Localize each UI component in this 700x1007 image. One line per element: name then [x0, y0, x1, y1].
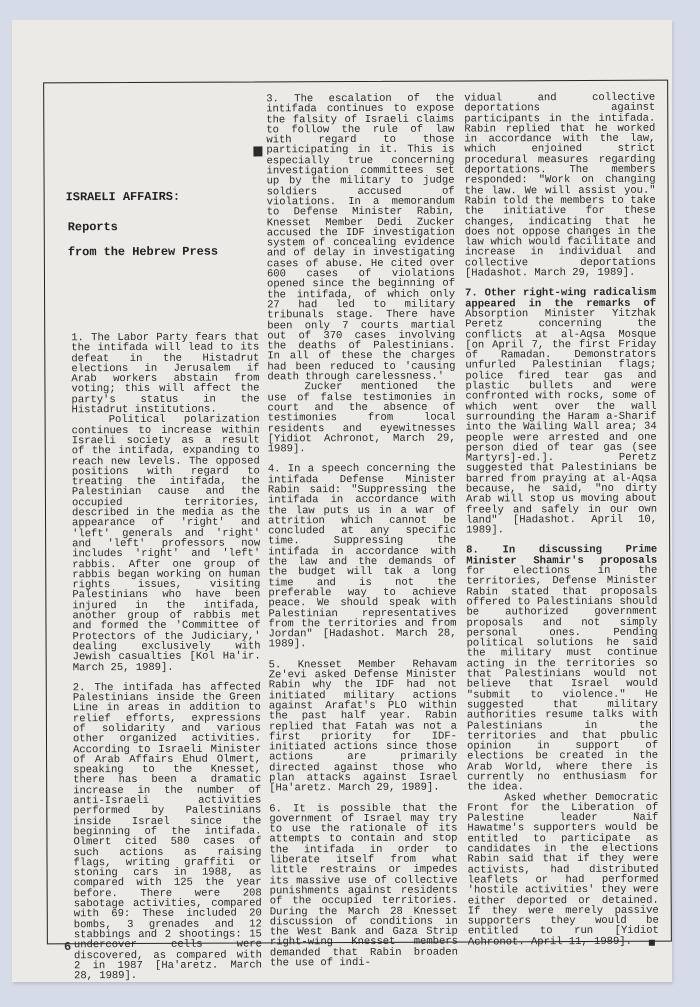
article-paragraph-8-continued: Asked whether Democratic Front for the L…	[467, 792, 659, 947]
column-left: ISRAELI AFFAIRS: Reports from the Hebrew…	[70, 94, 262, 991]
black-square-icon	[253, 146, 262, 156]
article-paragraph-1-continued: Political polarization continues to incr…	[72, 415, 261, 673]
paragraph-7-body: Absorption Minister Yitzhak Peretz conce…	[465, 308, 657, 537]
end-of-article-square-icon	[649, 939, 655, 945]
column-middle: 3. The escalation of the intifada contin…	[266, 94, 458, 979]
article-paragraph-3: 3. The escalation of the intifada contin…	[266, 94, 455, 383]
section-subtitle-line2: from the Hebrew Press	[68, 247, 218, 258]
section-title: ISRAELI AFFAIRS:	[66, 192, 180, 203]
paragraph-7-lead: 7. Other right-wing radicalism appeared …	[465, 287, 656, 310]
page-number: 6	[64, 940, 71, 954]
magazine-page: ISRAELI AFFAIRS: Reports from the Hebrew…	[12, 20, 672, 982]
article-paragraph-6-continued: vidual and collective deportations again…	[464, 93, 656, 279]
article-frame: ISRAELI AFFAIRS: Reports from the Hebrew…	[43, 80, 672, 945]
article-paragraph-5: 5. Knesset Member Rehavam Ze'evi asked D…	[269, 659, 458, 794]
column-right: vidual and collective deportations again…	[464, 93, 659, 958]
section-subtitle-line1: Reports	[68, 222, 118, 233]
section-heading-block: ISRAELI AFFAIRS: Reports from the Hebrew…	[70, 94, 259, 333]
article-paragraph-1: 1. The Labor Party fears that the intifa…	[71, 332, 259, 415]
paragraph-8-body: for elections in the territories, Defens…	[466, 565, 658, 794]
article-paragraph-2: 2. The intifada has affected Palestinian…	[73, 682, 262, 981]
article-paragraph-4: 4. In a speech concerning the intifada D…	[268, 464, 457, 650]
article-paragraph-6: 6. It is possible that the government of…	[269, 803, 458, 969]
article-paragraph-3-continued: Zucker mentioned the use of false testim…	[267, 382, 455, 455]
article-paragraph-7: 7. Other right-wing radicalism appeared …	[465, 288, 657, 536]
paragraph-8b-body: Asked whether Democratic Front for the L…	[467, 791, 659, 948]
paragraph-8-lead: 8. In discussing Prime Minister Shamir's…	[466, 544, 657, 567]
article-paragraph-8: 8. In discussing Prime Minister Shamir's…	[466, 545, 658, 793]
